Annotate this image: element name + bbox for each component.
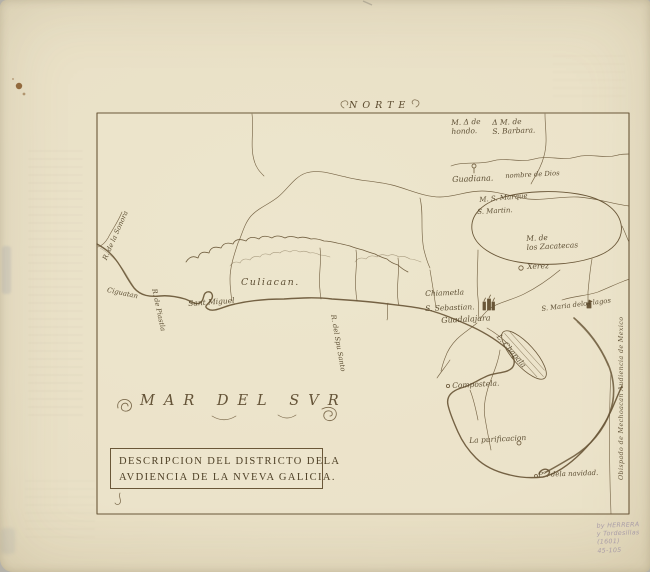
right-margin-region-label: Obispado de Mechoacan Audiencia de Mexic…	[618, 328, 625, 480]
label-xerez: Xerez	[527, 262, 549, 272]
pencil-annotation: by HERRERAy Tordesillas(1601)45-105	[596, 521, 640, 555]
label-guadalajara: Guadalajara	[441, 313, 491, 325]
place-label-layer: NORTE MAR DEL SVR DESCRIPCION DEL DISTRI…	[0, 0, 650, 572]
label-m-de-hondo: M. Δ de hondo.	[451, 118, 481, 137]
compass-north-label: NORTE	[349, 100, 410, 111]
label-r-del-spu-santo: R. del Spu Santo	[329, 314, 347, 372]
label-la-purificacion: La purificacion	[469, 434, 526, 446]
map-title-line1: DESCRIPCION DEL DISTRICTO DELA	[119, 454, 322, 470]
label-m-de-los-zacatecas: M. de los Zacatecas	[526, 232, 578, 252]
label-s-maria-de-los-lagos: S. Maria delos lagos	[541, 296, 611, 312]
label-guadiana: Guadiana.	[452, 174, 494, 185]
label-sant-miguel: Sant Miguel	[188, 297, 235, 309]
label-nombre-de-dios: nombre de Dios	[505, 169, 560, 180]
sea-name-label: MAR DEL SVR	[140, 393, 348, 409]
label-m-s-marque: M. S. Marque	[479, 192, 528, 204]
label-culiacan: Culiacan.	[241, 277, 300, 288]
pencil-line: 45-105	[597, 546, 640, 556]
label-m-de-s-barbara: Δ M. de S. Barbara.	[492, 118, 536, 137]
label-p-de-la-navidad: P°. dela navidad.	[538, 469, 598, 479]
label-compostela: Compostela.	[452, 380, 500, 391]
map-title-line2: AVDIENCIA DE LA NVEVA GALICIA.	[119, 470, 322, 486]
label-chiametla: Chiametla	[425, 289, 464, 299]
title-cartouche: DESCRIPCION DEL DISTRICTO DELA AVDIENCIA…	[110, 448, 323, 489]
label-ciguatan: Ciguatan	[106, 286, 138, 300]
label-s-sebastian: S. Sebastian.	[425, 303, 475, 314]
label-l-chapala: L. Chapala	[494, 333, 527, 370]
scanned-antique-map: { "map": { "compass_label": "NORTE", "se…	[0, 0, 650, 572]
label-r-de-piastla: R. de Piastla	[150, 288, 167, 332]
label-s-martin: S. Martin.	[477, 206, 513, 216]
label-r-de-la-sonora: R. de la Sonora	[101, 210, 130, 262]
